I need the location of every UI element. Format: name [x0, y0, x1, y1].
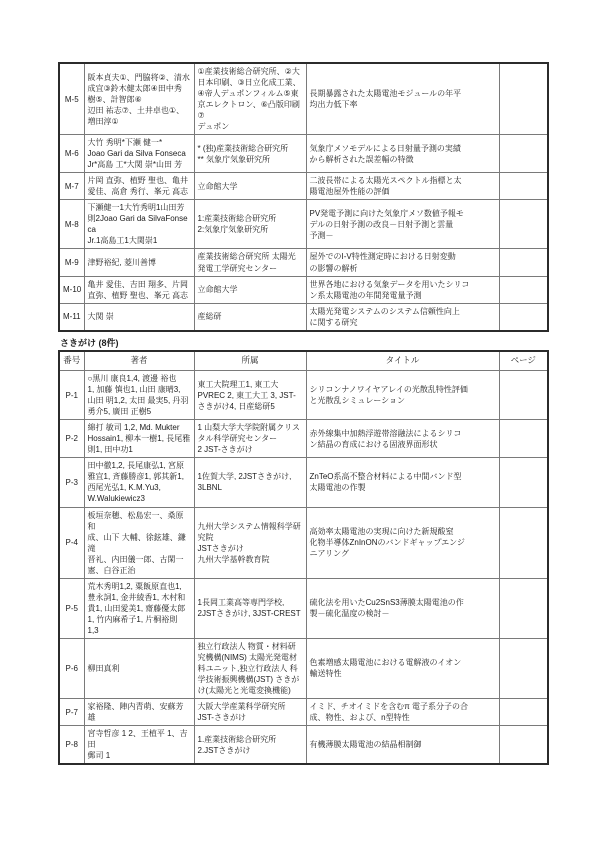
page-cell [499, 458, 548, 507]
title-cell: 長期暴露された太陽電池モジュールの年平 均出力低下率 [306, 63, 499, 135]
title-cell: 屋外でのI-V特性測定時における日射変動 の影響の解析 [306, 249, 499, 276]
affiliation-cell: 立命館大学 [194, 276, 306, 303]
affiliation-cell: 大阪大学産業科学研究所 JST-さきがけ [194, 699, 306, 726]
row-id-cell: M-8 [59, 200, 84, 249]
authors-cell: 宮寺哲彦 1 2、王植平 1、吉田 郵司 1 [84, 726, 194, 765]
affiliation-cell: ①産業技術総合研究所、②大 日本印刷、③日立化成工業、 ④帝人デュポンフィルム⑤… [194, 63, 306, 135]
page-cell [499, 507, 548, 578]
authors-cell: 田中徹1,2, 長尾康弘1, 宮原 雅宜1, 斉藤勝彦1, 郭其新1, 西尾光弘… [84, 458, 194, 507]
row-id-cell: P-6 [59, 638, 84, 698]
row-id-cell: P-2 [59, 420, 84, 458]
table-row: M-8 下瀬健一1大竹秀明1山田芳 則2Joao Gari da SilvaFo… [59, 200, 548, 249]
table-row: P-5 荒木秀明1,2, 粟飯原直也1, 豊永詞1, 金井綾香1, 木村和 貴1… [59, 578, 548, 638]
authors-cell: 板垣奈穂、松島宏一、桑原和 成、山下 大輔、徐鉉雄、鎌滝 晋礼、内田儀一郎、古閑… [84, 507, 194, 578]
oral-session-table: M-5 阪本貞夫①、門脇将②、清水 成宜③鈴木健太郎④田中秀 樹⑤、計智郎⑥ 辺… [58, 62, 549, 332]
authors-cell: 亀井 愛佳、吉田 翔多、片岡 直弥、植野 聖也、峯元 高志 [84, 276, 194, 303]
page-cell [499, 726, 548, 765]
authors-cell: 荒木秀明1,2, 粟飯原直也1, 豊永詞1, 金井綾香1, 木村和 貴1, 山田… [84, 578, 194, 638]
header-page: ページ [499, 351, 548, 370]
table-row: M-6 大竹 秀明*下瀬 健一* Joao Gari da Silva Fons… [59, 135, 548, 173]
table-row: P-1 ○黒川 康良1,4, 渡邊 裕也 1, 加藤 慎也1, 山田 康晴3, … [59, 371, 548, 420]
table-row: P-3 田中徹1,2, 長尾康弘1, 宮原 雅宜1, 斉藤勝彦1, 郭其新1, … [59, 458, 548, 507]
affiliation-cell: 九州大学システム情報科学研 究院 JSTさきがけ 九州大学基幹教育院 [194, 507, 306, 578]
affiliation-cell: 立命館大学 [194, 173, 306, 200]
table-row: P-2 綿打 敏司 1,2, Md. Mukter Hossain1, 柳本一樹… [59, 420, 548, 458]
affiliation-cell: 1長岡工業高等専門学校, 2JSTさきがけ, 3JST-CREST [194, 578, 306, 638]
affiliation-cell: * (独)産業技術総合研究所 ** 気象庁気象研究所 [194, 135, 306, 173]
header-authors: 著者 [84, 351, 194, 370]
page-cell [499, 420, 548, 458]
title-cell: シリコンナノワイヤアレイの光散乱特性評価 と光散乱シミュレーション [306, 371, 499, 420]
table-row: M-7 片岡 直弥、植野 聖也、亀井 愛佳、高倉 秀行、峯元 高志 立命館大学 … [59, 173, 548, 200]
table-row: P-8 宮寺哲彦 1 2、王植平 1、吉田 郵司 1 1.産業技術総合研究所 2… [59, 726, 548, 765]
row-id-cell: P-5 [59, 578, 84, 638]
authors-cell: ○黒川 康良1,4, 渡邊 裕也 1, 加藤 慎也1, 山田 康晴3, 山田 明… [84, 371, 194, 420]
page-cell [499, 638, 548, 698]
table-row: M-5 阪本貞夫①、門脇将②、清水 成宜③鈴木健太郎④田中秀 樹⑤、計智郎⑥ 辺… [59, 63, 548, 135]
table-row: M-10 亀井 愛佳、吉田 翔多、片岡 直弥、植野 聖也、峯元 高志 立命館大学… [59, 276, 548, 303]
row-id-cell: P-1 [59, 371, 84, 420]
affiliation-cell: 独立行政法人 物質・材料研 究機構(NIMS) 太陽光発電材 料ユニット,独立行… [194, 638, 306, 698]
affiliation-cell: 産総研 [194, 303, 306, 331]
title-cell: 色素増感太陽電池における電解液のイオン 輸送特性 [306, 638, 499, 698]
row-id-cell: P-4 [59, 507, 84, 578]
affiliation-cell: 東工大院理工1, 東工大 PVREC 2, 東工大工 3, JST- さきがけ4… [194, 371, 306, 420]
affiliation-cell: 産業技術総合研究所 太陽光 発電工学研究センター [194, 249, 306, 276]
row-id-cell: M-6 [59, 135, 84, 173]
page-cell [499, 371, 548, 420]
table-row: M-9 津野裕紀, 菱川善博 産業技術総合研究所 太陽光 発電工学研究センター … [59, 249, 548, 276]
authors-cell: 片岡 直弥、植野 聖也、亀井 愛佳、高倉 秀行、峯元 高志 [84, 173, 194, 200]
table-row: P-7 家裕隆、陣内青萌、安蘇芳雄 大阪大学産業科学研究所 JST-さきがけ イ… [59, 699, 548, 726]
title-cell: ZnTeO系高不整合材料による中間バンド型 太陽電池の作製 [306, 458, 499, 507]
title-cell: 太陽光発電システムのシステム信頼性向上 に関する研究 [306, 303, 499, 331]
section-label-sakigake: さきがけ (8件) [60, 338, 547, 349]
authors-cell: 津野裕紀, 菱川善博 [84, 249, 194, 276]
affiliation-cell: 1:産業技術総合研究所 2:気象庁気象研究所 [194, 200, 306, 249]
page-cell [499, 249, 548, 276]
table-row: P-6 柳田真利 独立行政法人 物質・材料研 究機構(NIMS) 太陽光発電材 … [59, 638, 548, 698]
authors-cell: 大竹 秀明*下瀬 健一* Joao Gari da Silva Fonseca … [84, 135, 194, 173]
poster-session-table: 番号 著者 所属 タイトル ページ P-1 ○黒川 康良1,4, 渡邊 裕也 1… [58, 350, 549, 765]
table-header-row: 番号 著者 所属 タイトル ページ [59, 351, 548, 370]
title-cell: 気象庁メソモデルによる日射量予測の実績 から解析された誤差幅の特徴 [306, 135, 499, 173]
row-id-cell: M-7 [59, 173, 84, 200]
authors-cell: 柳田真利 [84, 638, 194, 698]
header-affiliation: 所属 [194, 351, 306, 370]
title-cell: 二波長帯による太陽光スペクトル指標と太 陽電池屋外性能の評価 [306, 173, 499, 200]
row-id-cell: P-7 [59, 699, 84, 726]
header-number: 番号 [59, 351, 84, 370]
affiliation-cell: 1 山梨大学大学院附属クリス タル科学研究センター 2 JST-さきがけ [194, 420, 306, 458]
affiliation-cell: 1.産業技術総合研究所 2.JSTさきがけ [194, 726, 306, 765]
row-id-cell: M-10 [59, 276, 84, 303]
title-cell: PV発電予測に向けた気象庁メソ数値予報モ デルの日射予測の改良－日射予測と雲量 … [306, 200, 499, 249]
title-cell: 赤外線集中加熱浮遊帯溶融法によるシリコ ン結晶の育成における固液界面形状 [306, 420, 499, 458]
affiliation-cell: 1佐賀大学, 2JSTさきがけ, 3LBNL [194, 458, 306, 507]
table-row: P-4 板垣奈穂、松島宏一、桑原和 成、山下 大輔、徐鉉雄、鎌滝 晋礼、内田儀一… [59, 507, 548, 578]
title-cell: 高効率太陽電池の実現に向けた新規酸窒 化物半導体ZnInONのバンドギャップエン… [306, 507, 499, 578]
table-row: M-11 大関 崇 産総研 太陽光発電システムのシステム信頼性向上 に関する研究 [59, 303, 548, 331]
row-id-cell: M-9 [59, 249, 84, 276]
title-cell: 有機薄膜太陽電池の結晶相制御 [306, 726, 499, 765]
page-cell [499, 135, 548, 173]
header-title: タイトル [306, 351, 499, 370]
page-cell [499, 200, 548, 249]
authors-cell: 下瀬健一1大竹秀明1山田芳 則2Joao Gari da SilvaFonsec… [84, 200, 194, 249]
page-cell [499, 173, 548, 200]
page-cell [499, 578, 548, 638]
page-cell [499, 63, 548, 135]
row-id-cell: M-5 [59, 63, 84, 135]
page-cell [499, 699, 548, 726]
document-page: M-5 阪本貞夫①、門脇将②、清水 成宜③鈴木健太郎④田中秀 樹⑤、計智郎⑥ 辺… [0, 0, 595, 842]
authors-cell: 大関 崇 [84, 303, 194, 331]
title-cell: イミド、チオイミドを含むπ 電子系分子の合 成、物性、および、n型特性 [306, 699, 499, 726]
authors-cell: 家裕隆、陣内青萌、安蘇芳雄 [84, 699, 194, 726]
page-cell [499, 276, 548, 303]
title-cell: 世界各地における気象データを用いたシリコ ン系太陽電池の年間発電量予測 [306, 276, 499, 303]
row-id-cell: P-8 [59, 726, 84, 765]
authors-cell: 綿打 敏司 1,2, Md. Mukter Hossain1, 柳本一樹1, 長… [84, 420, 194, 458]
document-content: M-5 阪本貞夫①、門脇将②、清水 成宜③鈴木健太郎④田中秀 樹⑤、計智郎⑥ 辺… [58, 62, 547, 765]
page-cell [499, 303, 548, 331]
title-cell: 硫化法を用いたCu2SnS3薄膜太陽電池の作 製－硫化温度の検討－ [306, 578, 499, 638]
row-id-cell: M-11 [59, 303, 84, 331]
row-id-cell: P-3 [59, 458, 84, 507]
authors-cell: 阪本貞夫①、門脇将②、清水 成宜③鈴木健太郎④田中秀 樹⑤、計智郎⑥ 辺田 祐志… [84, 63, 194, 135]
